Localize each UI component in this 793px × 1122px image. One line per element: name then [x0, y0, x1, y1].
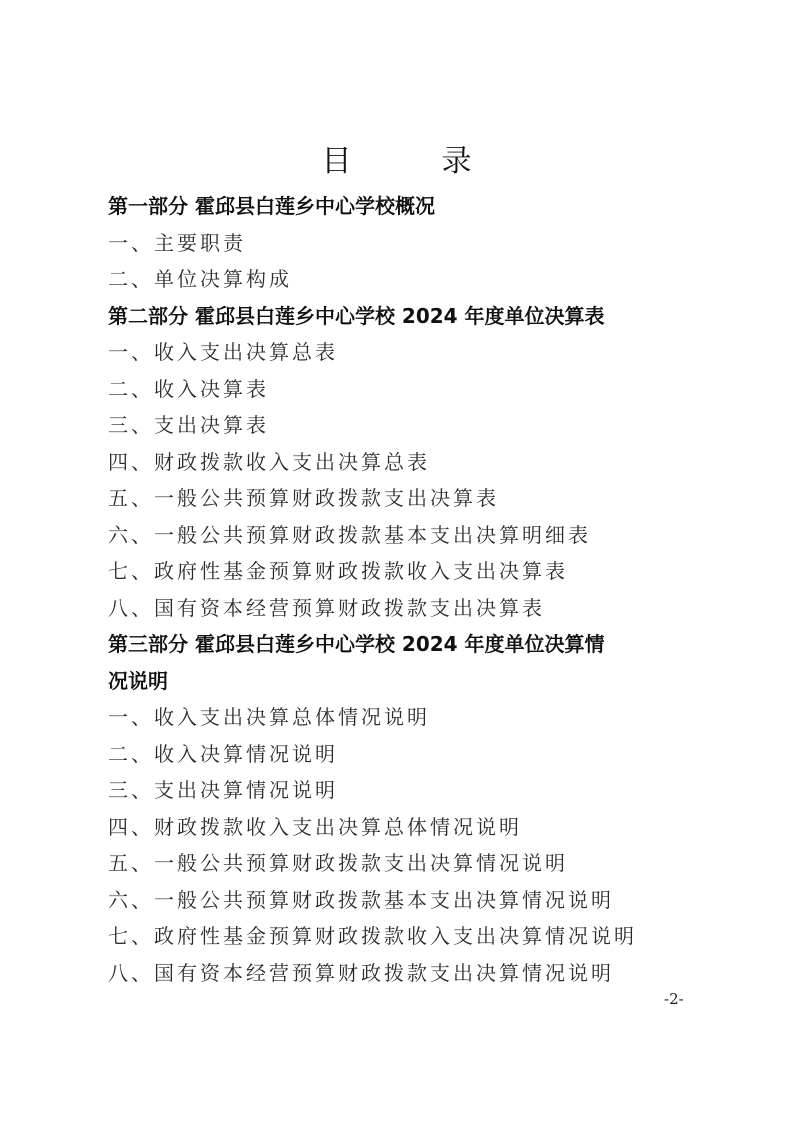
- toc-item: 二、收入决算表: [108, 371, 708, 408]
- toc-item: 八、国有资本经营预算财政拨款支出决算情况说明: [108, 955, 708, 992]
- toc-item: 六、一般公共预算财政拨款基本支出决算情况说明: [108, 882, 708, 919]
- toc-item: 五、一般公共预算财政拨款支出决算情况说明: [108, 845, 708, 882]
- toc-item: 一、主要职责: [108, 225, 708, 262]
- toc-item: 五、一般公共预算财政拨款支出决算表: [108, 480, 708, 517]
- toc-item: 二、收入决算情况说明: [108, 736, 708, 773]
- part-3-heading-line-2: 况说明: [108, 663, 708, 700]
- toc-item: 六、一般公共预算财政拨款基本支出决算明细表: [108, 517, 708, 554]
- document-page: 目 录 第一部分 霍邱县白莲乡中心学校概况 一、主要职责 二、单位决算构成 第二…: [0, 0, 793, 1122]
- part-1-heading: 第一部分 霍邱县白莲乡中心学校概况: [108, 188, 708, 225]
- toc-title: 目 录: [0, 142, 793, 182]
- toc-item: 四、财政拨款收入支出决算总体情况说明: [108, 809, 708, 846]
- part-2-heading: 第二部分 霍邱县白莲乡中心学校 2024 年度单位决算表: [108, 298, 708, 335]
- toc-item: 七、政府性基金预算财政拨款收入支出决算情况说明: [108, 918, 708, 955]
- toc-item: 二、单位决算构成: [108, 261, 708, 298]
- toc-item: 三、支出决算情况说明: [108, 772, 708, 809]
- toc-item: 三、支出决算表: [108, 407, 708, 444]
- toc-item: 七、政府性基金预算财政拨款收入支出决算表: [108, 553, 708, 590]
- toc-item: 八、国有资本经营预算财政拨款支出决算表: [108, 590, 708, 627]
- page-number: -2-: [664, 990, 684, 1008]
- table-of-contents: 第一部分 霍邱县白莲乡中心学校概况 一、主要职责 二、单位决算构成 第二部分 霍…: [108, 188, 708, 991]
- toc-item: 一、收入支出决算总表: [108, 334, 708, 371]
- toc-item: 四、财政拨款收入支出决算总表: [108, 444, 708, 481]
- toc-item: 一、收入支出决算总体情况说明: [108, 699, 708, 736]
- part-3-heading-line-1: 第三部分 霍邱县白莲乡中心学校 2024 年度单位决算情: [108, 626, 708, 663]
